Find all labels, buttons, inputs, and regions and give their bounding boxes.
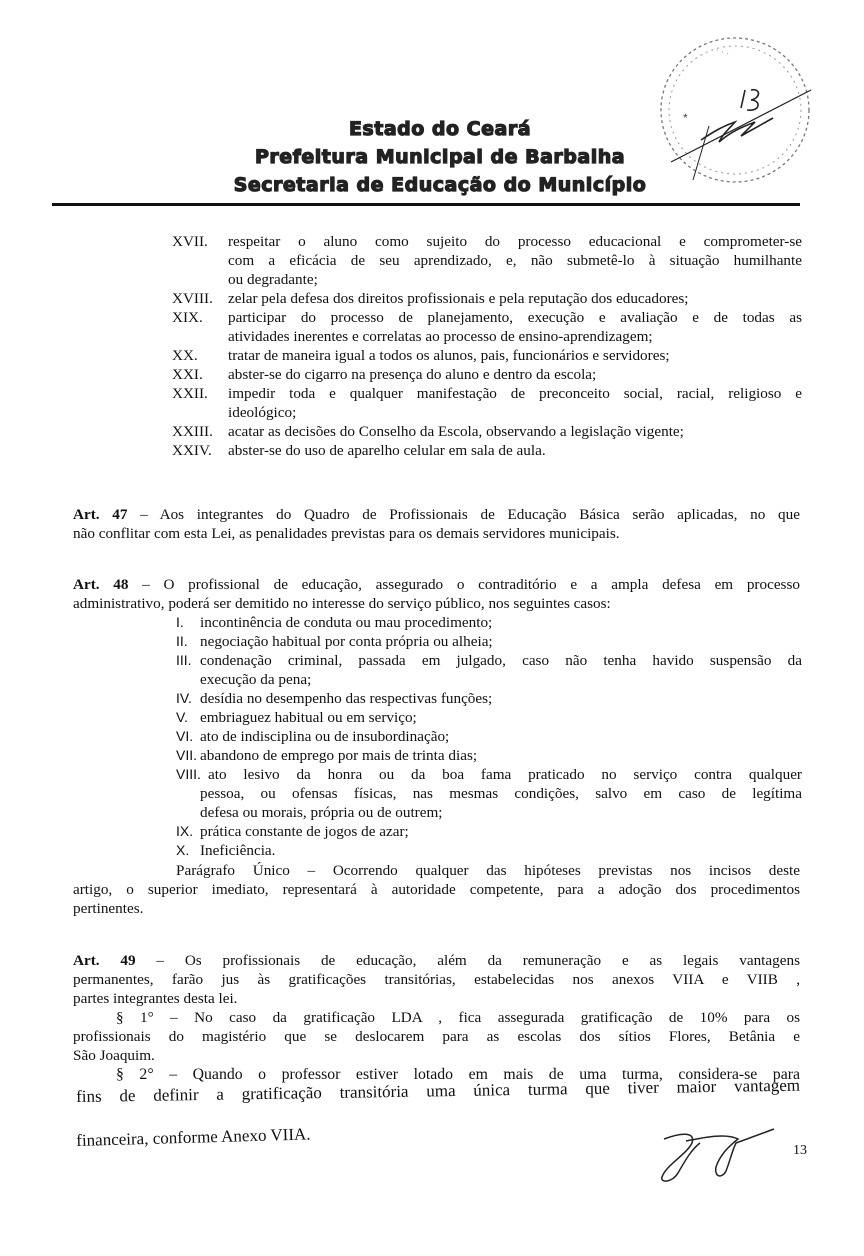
svg-text:*: * (683, 111, 688, 125)
article-label: Art. 48 (73, 576, 128, 593)
item-text: abster-se do uso de aparelho celular em … (228, 441, 802, 460)
item-text: atividades inerentes e correlatas ao pro… (228, 327, 802, 346)
item-text: desídia no desempenho das respectivas fu… (200, 689, 802, 708)
item-number: VII. (176, 746, 197, 765)
item-number: IV. (176, 689, 192, 708)
item-text: Ineficiência. (200, 841, 802, 860)
article-49-end: partes integrantes desta lei. (73, 989, 800, 1008)
paragraph-1-cont: profissionais do magistério que se deslo… (73, 1027, 800, 1046)
item-text: ou degradante; (228, 270, 802, 289)
item-number: IX. (176, 822, 193, 841)
item-text: abster-se do cigarro na presença do alun… (228, 365, 802, 384)
paragraph-1-end: São Joaquim. (73, 1046, 800, 1065)
header-divider (52, 203, 800, 206)
article-text: administrativo, poderá ser demitido no i… (73, 595, 611, 612)
item-text: condenação criminal, passada em julgado,… (200, 651, 802, 670)
article-text: – Os profissionais de educação, além da … (136, 952, 800, 969)
svg-text:· · ·: · · · (714, 44, 730, 58)
paragraph-2-end: financeira, conforme Anexo VIIA. (76, 1117, 576, 1150)
item-text: com a eficácia de seu aprendizado, e, nã… (228, 251, 802, 270)
sole-paragraph: Parágrafo Único – Ocorrendo qualquer das… (176, 861, 800, 880)
article-label: Art. 47 (73, 506, 127, 523)
item-number: II. (176, 632, 188, 651)
item-number: XX. (172, 346, 198, 365)
item-number: XXII. (172, 384, 208, 403)
sole-paragraph-end: pertinentes. (73, 899, 800, 918)
item-text: acatar as decisões do Conselho da Escola… (228, 422, 802, 441)
sole-paragraph-cont: artigo, o superior imediato, representar… (73, 880, 800, 899)
item-text: ideológico; (228, 403, 802, 422)
item-number: V. (176, 708, 188, 727)
article-47: Art. 47 – Aos integrantes do Quadro de P… (73, 505, 800, 524)
article-text: – O profissional de educação, assegurado… (128, 576, 800, 593)
article-49-cont: permanentes, farão jus às gratificações … (73, 970, 800, 989)
item-text: ato de indisciplina ou de insubordinação… (200, 727, 802, 746)
item-number: XVIII. (172, 289, 213, 308)
article-label: Art. 49 (73, 952, 136, 969)
article-48: Art. 48 – O profissional de educação, as… (73, 575, 800, 594)
article-47-cont: não conflitar com esta Lei, as penalidad… (73, 524, 800, 543)
paragraph-1: § 1° – No caso da gratificação LDA , fic… (116, 1008, 800, 1027)
document-page: Estado do Ceará Prefeitura Municipal de … (0, 0, 864, 1256)
item-text: prática constante de jogos de azar; (200, 822, 802, 841)
initials-signature-icon (656, 1125, 776, 1185)
item-text: respeitar o aluno como sujeito do proces… (228, 232, 802, 251)
official-seal-stamp-icon: · · · * (653, 30, 813, 188)
item-text: impedir toda e qualquer manifestação de … (228, 384, 802, 403)
item-text: negociação habitual por conta própria ou… (200, 632, 802, 651)
article-49: Art. 49 – Os profissionais de educação, … (73, 951, 800, 970)
item-number: XXIV. (172, 441, 212, 460)
item-text: pessoa, ou ofensas físicas, nas mesmas c… (200, 784, 802, 803)
article-48-cont: administrativo, poderá ser demitido no i… (73, 594, 800, 613)
item-number: XXIII. (172, 422, 213, 441)
item-number: VIII. (176, 765, 201, 784)
item-number: I. (176, 613, 184, 632)
item-text: participar do processo de planejamento, … (228, 308, 802, 327)
item-number: VI. (176, 727, 193, 746)
item-text: embriaguez habitual ou em serviço; (200, 708, 802, 727)
item-number: XVII. (172, 232, 208, 251)
item-number: III. (176, 651, 192, 670)
item-number: X. (176, 841, 189, 860)
article-text: não conflitar com esta Lei, as penalidad… (73, 525, 620, 542)
item-text: ato lesivo da honra ou da boa fama prati… (208, 765, 802, 784)
item-number: XXI. (172, 365, 203, 384)
item-text: execução da pena; (200, 670, 802, 689)
page-number: 13 (793, 1143, 807, 1159)
item-text: zelar pela defesa dos direitos profissio… (228, 289, 802, 308)
item-text: incontinência de conduta ou mau procedim… (200, 613, 802, 632)
article-text: – Aos integrantes do Quadro de Profissio… (127, 506, 800, 523)
item-text: defesa ou morais, própria ou de outrem; (200, 803, 802, 822)
item-text: tratar de maneira igual a todos os aluno… (228, 346, 802, 365)
item-number: XIX. (172, 308, 203, 327)
item-text: abandono de emprego por mais de trinta d… (200, 746, 802, 765)
